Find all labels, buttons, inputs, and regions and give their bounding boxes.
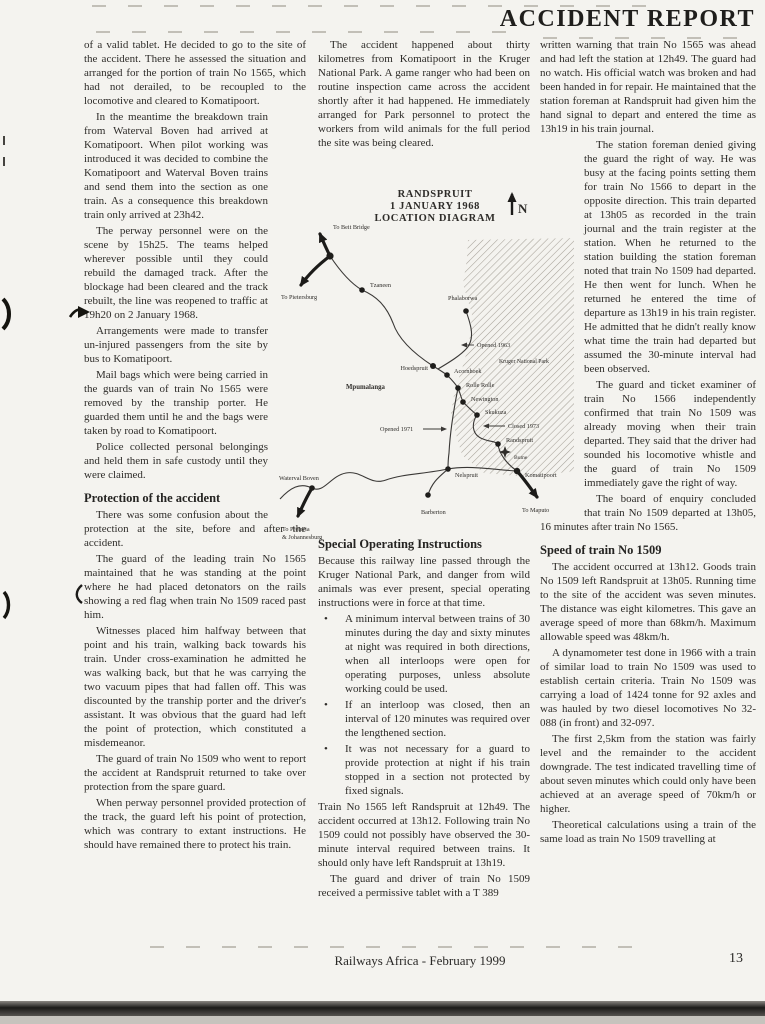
map-label-kruger-park: Kruger National Park — [499, 359, 549, 365]
map-label-to-pretoria-line1: To Pretoria — [282, 526, 310, 533]
scan-artifact — [3, 136, 5, 145]
map-label-waterval-boven: Waterval Boven — [279, 475, 319, 482]
paragraph: The guard and driver of train No 1509 re… — [318, 872, 530, 900]
paragraph: Witnesses placed him halfway between tha… — [84, 624, 306, 750]
map-label-to-pietersburg: To Pietersburg — [281, 294, 317, 301]
map-label-hoedspruit: Hoedspruit — [401, 365, 429, 372]
map-label-opened-1963: Opened 1963 — [477, 342, 510, 349]
scanned-magazine-page: ACCIDENT REPORT of a valid tablet. He de… — [0, 0, 765, 1024]
map-title-line1: RANDSPRUIT — [398, 189, 473, 200]
map-label-accident-site: Bume — [514, 455, 528, 461]
station-dot-nelspruit — [445, 466, 451, 472]
map-label-nelspruit: Nelspruit — [455, 472, 478, 479]
list-item: •A minimum interval between trains of 30… — [318, 612, 530, 696]
map-label-mpumalanga: Mpumalanga — [346, 384, 386, 391]
paragraph: Theoretical calculations using a train o… — [540, 818, 756, 846]
list-item: •It was not necessary for a guard to pro… — [318, 742, 530, 798]
railway-branch-barberton — [428, 469, 448, 495]
map-label-to-beit-bridge: To Beit Bridge — [333, 224, 370, 231]
margin-mark — [0, 297, 14, 331]
paragraph: of a valid tablet. He decided to go to t… — [84, 38, 306, 108]
page-title: ACCIDENT REPORT — [500, 6, 755, 33]
station-dot-acornhoek — [444, 372, 450, 378]
map-label-opened-1971: Opened 1971 — [380, 426, 413, 433]
map-title-line2: 1 JANUARY 1968 — [390, 201, 480, 212]
paragraph: The first 2,5km from the station was fai… — [540, 732, 756, 816]
scan-artifact — [3, 157, 5, 166]
arrow-to-beit-bridge — [320, 234, 330, 256]
map-label-closed-1973: Closed 1973 — [508, 423, 539, 430]
map-title-line3: LOCATION DIAGRAM — [374, 213, 495, 224]
location-diagram-map: RANDSPRUIT 1 JANUARY 1968 LOCATION DIAGR… — [278, 183, 578, 549]
paragraph: When perway personnel provided protectio… — [84, 796, 306, 852]
paragraph: A dynamometer test done in 1966 with a t… — [540, 646, 756, 730]
station-dot-newington — [460, 399, 466, 405]
list-item: •If an interloop was closed, then an int… — [318, 698, 530, 740]
footer-journal-title: Railways Africa - February 1999 — [90, 953, 750, 969]
station-dot-waterval-boven — [309, 485, 315, 491]
railway-line — [330, 256, 433, 366]
scan-bottom-edge — [0, 1016, 765, 1024]
map-label-to-pretoria-line2: & Johannesburg — [282, 534, 322, 541]
station-dot-komatipoort — [514, 468, 520, 474]
station-dot-tzaneen — [359, 287, 365, 293]
paragraph: The accident occurred at 13h12. Goods tr… — [540, 560, 756, 644]
junction-dot — [326, 252, 333, 259]
station-dot-barberton — [425, 492, 431, 498]
scan-artifact — [96, 31, 526, 33]
map-label-north: N — [518, 201, 528, 216]
map-label-tzaneen: Tzaneen — [370, 282, 391, 289]
paragraph: The guard of the leading train No 1565 m… — [84, 552, 306, 622]
map-label-barberton: Barberton — [421, 509, 446, 516]
map-label-newington: Newington — [471, 396, 499, 403]
arrow-to-pietersburg — [301, 256, 330, 285]
map-label-skukuza: Skukuza — [485, 409, 507, 416]
map-label-acornhoek: Acornhoek — [454, 368, 482, 375]
station-dot-hoedspruit — [430, 363, 436, 369]
margin-mark — [72, 583, 86, 605]
paragraph: written warning that train No 1565 was a… — [540, 38, 756, 136]
bullet-marker: • — [324, 612, 328, 626]
map-label-komatipoort: Komatipoort — [525, 472, 557, 479]
paragraph: In the meantime the breakdown train from… — [84, 110, 306, 222]
bullet-marker: • — [324, 698, 328, 712]
left-column: of a valid tablet. He decided to go to t… — [84, 38, 306, 950]
scan-bottom-band — [0, 1001, 765, 1016]
arrow-to-pretoria — [298, 488, 312, 516]
margin-mark — [1, 590, 13, 620]
station-dot-phalaborwa — [463, 308, 469, 314]
railway-main-line — [280, 467, 517, 499]
paragraph: The accident happened about thirty kilom… — [318, 38, 530, 150]
station-dot-randspruit — [495, 441, 501, 447]
map-label-to-maputo: To Maputo — [522, 507, 549, 514]
map-label-randspruit: Randspruit — [506, 437, 533, 444]
map-label-phalaborwa: Phalaborwa — [448, 295, 477, 302]
map-label-rolle: Rolle Rolle — [466, 382, 495, 389]
paragraph: Because this railway line passed through… — [318, 554, 530, 610]
bullet-marker: • — [324, 742, 328, 756]
paragraph: The guard of train No 1509 who went to r… — [84, 752, 306, 794]
margin-mark-arrow — [68, 304, 92, 322]
paragraph: Train No 1565 left Randspruit at 12h49. … — [318, 800, 530, 870]
footer-page-number: 13 — [729, 951, 743, 967]
station-dot-skukuza — [474, 412, 480, 418]
station-dot-rolle — [455, 385, 461, 391]
